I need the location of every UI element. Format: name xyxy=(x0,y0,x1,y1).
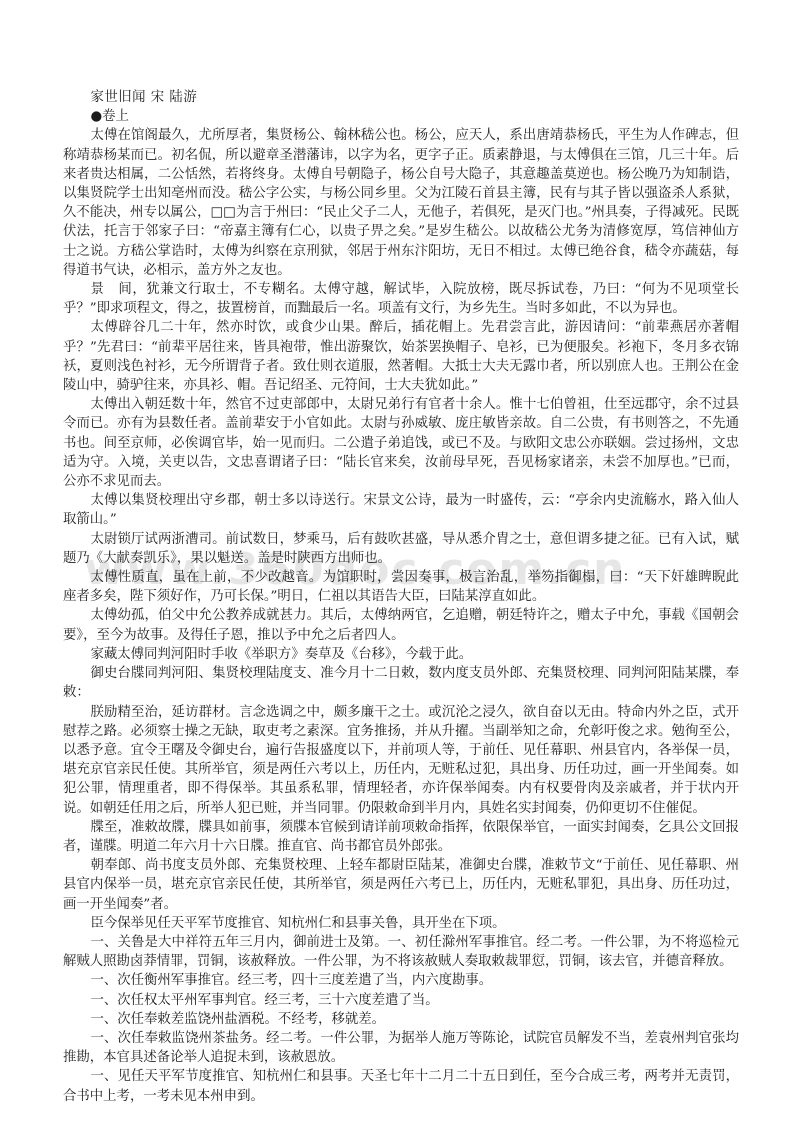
paragraph: 太傅辟谷几二十年，然亦时饮，或食少山果。醉后，插花帽上。先君尝言此，游因请问：“… xyxy=(63,318,739,395)
paragraph: 一、次任奉敕差监饶州盐酒税。不经考，移就差。 xyxy=(63,1010,739,1029)
paragraph: 一、见任天平军节度推官、知杭州仁和县事。天圣七年十二月二十五日到任，至今合成三考… xyxy=(63,1067,739,1105)
paragraph: 臣今保举见任天平军节度推官、知杭州仁和县事关鲁，具开坐在下项。 xyxy=(63,914,739,933)
paragraph: 一、次任权太平州军事判官。经三考，三十六度差遣了当。 xyxy=(63,991,739,1010)
paragraph: 景 间，犹兼文行取士，不专糊名。太傅守越，解试毕，入院放榜，既尽拆试卷，乃曰：“… xyxy=(63,280,739,318)
paragraph: 太傅在馆阁最久，尤所厚者，集贤杨公、翰林嵇公也。杨公，应天人，系出唐靖恭杨氏，平… xyxy=(63,126,739,280)
paragraph: 一、关鲁是大中祥符五年三月内，御前进士及第。一、初任滁州军事推官。经二考。一件公… xyxy=(63,933,739,971)
paragraph: 太尉锁厅试两浙漕司。前试数日，梦乘马，后有鼓吹甚盛，导从悉介胄之士，意但谓多捷之… xyxy=(63,530,739,568)
document-body: 太傅在馆阁最久，尤所厚者，集贤杨公、翰林嵇公也。杨公，应天人，系出唐靖恭杨氏，平… xyxy=(63,126,739,1105)
paragraph: 朝奉郎、尚书度支员外郎、充集贤校理、上轻车都尉臣陆某，准御史台牒，准敕节文“于前… xyxy=(63,856,739,914)
document-page: www.360doc.com.cn 家世旧闻 宋 陆游 ●卷上 太傅在馆阁最久，… xyxy=(0,0,800,1133)
section-marker-juan-shang: ●卷上 xyxy=(63,107,739,126)
paragraph: 太傅以集贤校理出守乡郡，朝士多以诗送行。宋景文公诗，最为一时盛传，云：“亭余内史… xyxy=(63,491,739,529)
paragraph: 太傅幼孤，伯父中允公教养成就甚力。其后，太傅纳两官，乞追赠，朝廷特许之，赠太子中… xyxy=(63,606,739,644)
paragraph: 御史台牒同判河阳、集贤校理陆度支、准今月十二日敕，数内度支员外郎、充集贤校理、同… xyxy=(63,664,739,702)
paragraph: 朕励精至治，延访群材。言念选调之中，颇多廉干之士。或沉沦之浸久，欲自奋以无由。特… xyxy=(63,703,739,818)
paragraph: 一、次任奉敕监饶州茶盐务。经二考。一件公罪，为据举人施万等陈论，试院官员解发不当… xyxy=(63,1029,739,1067)
paragraph: 牒至，准敕故牒，牒具如前事，须牒本官候到请详前项敕命指挥，依限保举官，一面实封闻… xyxy=(63,818,739,856)
document-title: 家世旧闻 宋 陆游 xyxy=(63,88,739,107)
paragraph: 家藏太傅同判河阳时手收《举职方》奏草及《台移》，今载于此。 xyxy=(63,645,739,664)
paragraph: 太傅性质直，虽在上前，不少改越音。为馆职时，尝因奏事，极言治乱，举笏指御榻，曰：… xyxy=(63,568,739,606)
document-content: 家世旧闻 宋 陆游 ●卷上 太傅在馆阁最久，尤所厚者，集贤杨公、翰林嵇公也。杨公… xyxy=(63,88,739,1106)
paragraph: 一、次任衡州军事推官。经三考，四十三度差遣了当，内六度勘事。 xyxy=(63,971,739,990)
paragraph: 太傅出入朝廷数十年，然官不过吏部郎中，太尉兄弟行有官者十余人。惟十七伯曾祖，仕至… xyxy=(63,395,739,491)
